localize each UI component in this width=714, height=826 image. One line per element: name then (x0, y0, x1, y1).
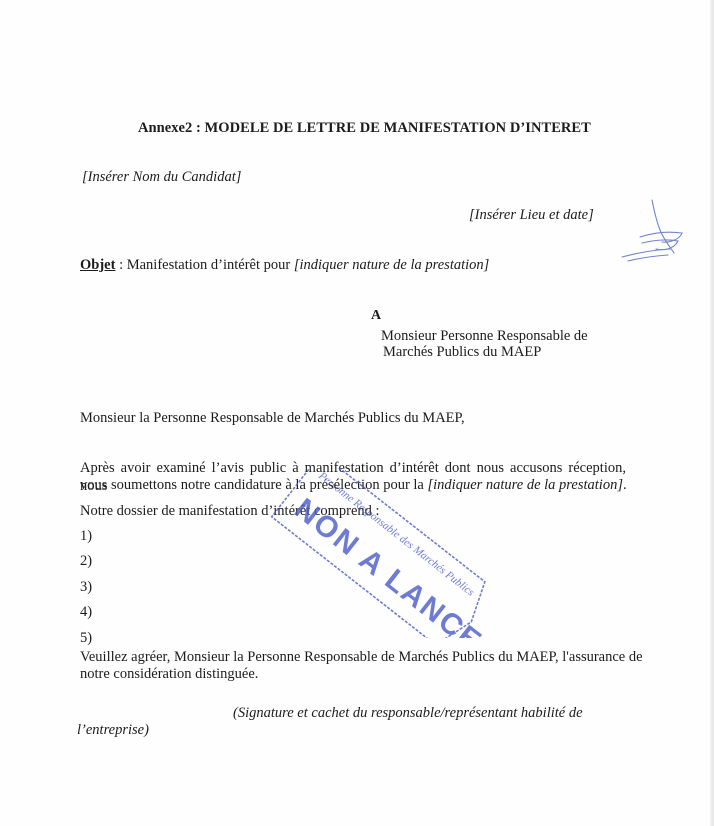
list-item: 5) (80, 630, 92, 647)
object-label: Objet (80, 257, 115, 273)
object-separator: : (115, 257, 126, 273)
page-edge (710, 0, 714, 826)
closing-line-2: notre considération distinguée. (80, 666, 258, 683)
closing-line-1: Veuillez agréer, Monsieur la Personne Re… (80, 649, 643, 666)
dossier-intro: Notre dossier de manifestation d’intérêt… (80, 503, 380, 520)
recipient-prefix: A (371, 308, 381, 324)
object-text: Manifestation d’intérêt pour (127, 257, 294, 273)
signature-caption-line-1: (Signature et cachet du responsable/repr… (233, 705, 583, 722)
body-line-2: vous soumettons notre candidature à la p… (80, 477, 627, 494)
body-line-2-end: . (623, 477, 627, 493)
list-item: 3) (80, 579, 92, 596)
document-page: Annexe2 : MODELE DE LETTRE DE MANIFESTAT… (0, 0, 714, 826)
place-date-placeholder: [Insérer Lieu et date] (469, 207, 594, 224)
recipient-line-2: Marchés Publics du MAEP (383, 344, 541, 361)
object-placeholder: [indiquer nature de la prestation] (294, 257, 489, 273)
list-item: 4) (80, 604, 92, 621)
signature-caption-line-2: l’entreprise) (77, 722, 149, 739)
list-item: 2) (80, 553, 92, 570)
handwritten-initials-icon (612, 195, 697, 270)
object-line: Objet : Manifestation d’intérêt pour [in… (80, 257, 489, 274)
candidate-name-placeholder: [Insérer Nom du Candidat] (82, 169, 241, 186)
recipient-line-1: Monsieur Personne Responsable de (381, 328, 588, 345)
body-line-2-text: vous soumettons notre candidature à la p… (80, 477, 428, 493)
document-title: Annexe2 : MODELE DE LETTRE DE MANIFESTAT… (138, 120, 591, 137)
list-item: 1) (80, 528, 92, 545)
body-line-2-placeholder: [indiquer nature de la prestation] (428, 477, 623, 493)
salutation: Monsieur la Personne Responsable de Marc… (80, 410, 465, 427)
